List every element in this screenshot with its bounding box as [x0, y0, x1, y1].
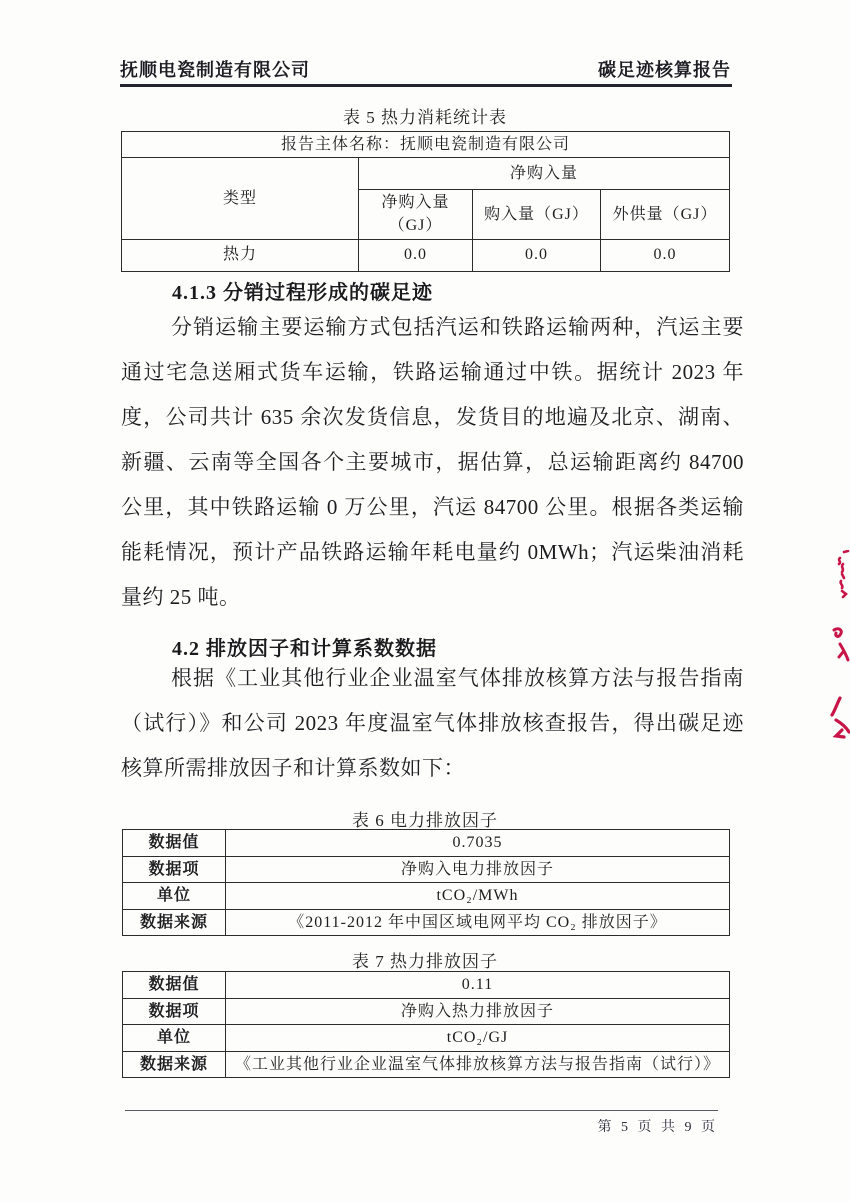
table-row: 数据来源 《工业其他行业企业温室气体排放核算方法与报告指南（试行）》	[123, 1051, 730, 1078]
header-company-name: 抚顺电瓷制造有限公司	[120, 56, 310, 82]
red-ink-mark	[828, 696, 850, 740]
table7-heat-emission-factor: 数据值 0.11 数据项 净购入热力排放因子 单位 tCO₂/GJ 数据来源 《…	[122, 971, 730, 1078]
running-header: 抚顺电瓷制造有限公司 碳足迹核算报告	[120, 56, 731, 82]
section-42-paragraph: 根据《工业其他行业企业温室气体排放核算方法与报告指南（试行）》和公司 2023 …	[121, 656, 744, 791]
section-413-heading: 4.1.3 分销过程形成的碳足迹	[172, 276, 433, 305]
table-row: 热力 0.0 0.0 0.0	[122, 239, 730, 271]
red-ink-mark	[826, 626, 850, 670]
table-row: 数据项 净购入热力排放因子	[123, 998, 730, 1025]
document-page: 抚顺电瓷制造有限公司 碳足迹核算报告 表 5 热力消耗统计表 报告主体名称：抚顺…	[0, 0, 850, 1202]
section-413-paragraph: 分销运输主要运输方式包括汽运和铁路运输两种，汽运主要通过宅急送厢式货车运输，铁路…	[121, 305, 744, 620]
table-row: 单位 tCO₂/MWh	[123, 883, 730, 910]
table7-label-data-source: 数据来源	[123, 1051, 226, 1078]
table7-value-data-source: 《工业其他行业企业温室气体排放核算方法与报告指南（试行）》	[226, 1051, 730, 1078]
header-report-title: 碳足迹核算报告	[598, 56, 731, 82]
table-row: 数据来源 《2011-2012 年中国区域电网平均 CO₂ 排放因子》	[123, 909, 730, 936]
table6-value-unit: tCO₂/MWh	[226, 883, 730, 910]
page-number: 第 5 页 共 9 页	[468, 1116, 718, 1136]
table5-subheader-export: 外供量（GJ）	[601, 190, 730, 239]
table6-value-data-value: 0.7035	[226, 830, 730, 857]
table7-title: 表 7 热力排放因子	[121, 947, 729, 972]
table5-title: 表 5 热力消耗统计表	[121, 103, 729, 128]
footer-rule	[125, 1110, 718, 1111]
table5-row-label: 热力	[122, 239, 359, 271]
table6-value-data-source: 《2011-2012 年中国区域电网平均 CO₂ 排放因子》	[226, 909, 730, 936]
table5-merged-header: 净购入量	[359, 158, 730, 190]
table5-type-header: 类型	[122, 158, 359, 239]
table-row: 数据值 0.11	[123, 972, 730, 999]
table5-heat-consumption: 报告主体名称：抚顺电瓷制造有限公司 类型 净购入量 净购入量（GJ） 购入量（G…	[121, 131, 730, 272]
table5-subheader-purchase: 购入量（GJ）	[473, 190, 601, 239]
header-rule	[120, 84, 732, 87]
table7-value-data-item: 净购入热力排放因子	[226, 998, 730, 1025]
table7-value-unit: tCO₂/GJ	[226, 1025, 730, 1052]
table5-value-export: 0.0	[601, 239, 730, 271]
table7-label-data-item: 数据项	[123, 998, 226, 1025]
table5-subheader-net-purchase: 净购入量（GJ）	[359, 190, 473, 239]
table5-value-purchase: 0.0	[473, 239, 601, 271]
table6-label-data-value: 数据值	[123, 830, 226, 857]
table-row: 报告主体名称：抚顺电瓷制造有限公司	[122, 132, 730, 158]
table6-label-data-item: 数据项	[123, 856, 226, 883]
table7-label-unit: 单位	[123, 1025, 226, 1052]
table6-title: 表 6 电力排放因子	[121, 806, 729, 831]
table-row: 类型 净购入量	[122, 158, 730, 190]
table5-subject-cell: 报告主体名称：抚顺电瓷制造有限公司	[122, 132, 730, 158]
table6-label-unit: 单位	[123, 883, 226, 910]
table7-label-data-value: 数据值	[123, 972, 226, 999]
table-row: 单位 tCO₂/GJ	[123, 1025, 730, 1052]
table6-electricity-emission-factor: 数据值 0.7035 数据项 净购入电力排放因子 单位 tCO₂/MWh 数据来…	[122, 829, 730, 936]
table6-value-data-item: 净购入电力排放因子	[226, 856, 730, 883]
table6-label-data-source: 数据来源	[123, 909, 226, 936]
table-row: 数据值 0.7035	[123, 830, 730, 857]
red-ink-mark	[834, 550, 850, 600]
table-row: 数据项 净购入电力排放因子	[123, 856, 730, 883]
table7-value-data-value: 0.11	[226, 972, 730, 999]
table5-value-net: 0.0	[359, 239, 473, 271]
